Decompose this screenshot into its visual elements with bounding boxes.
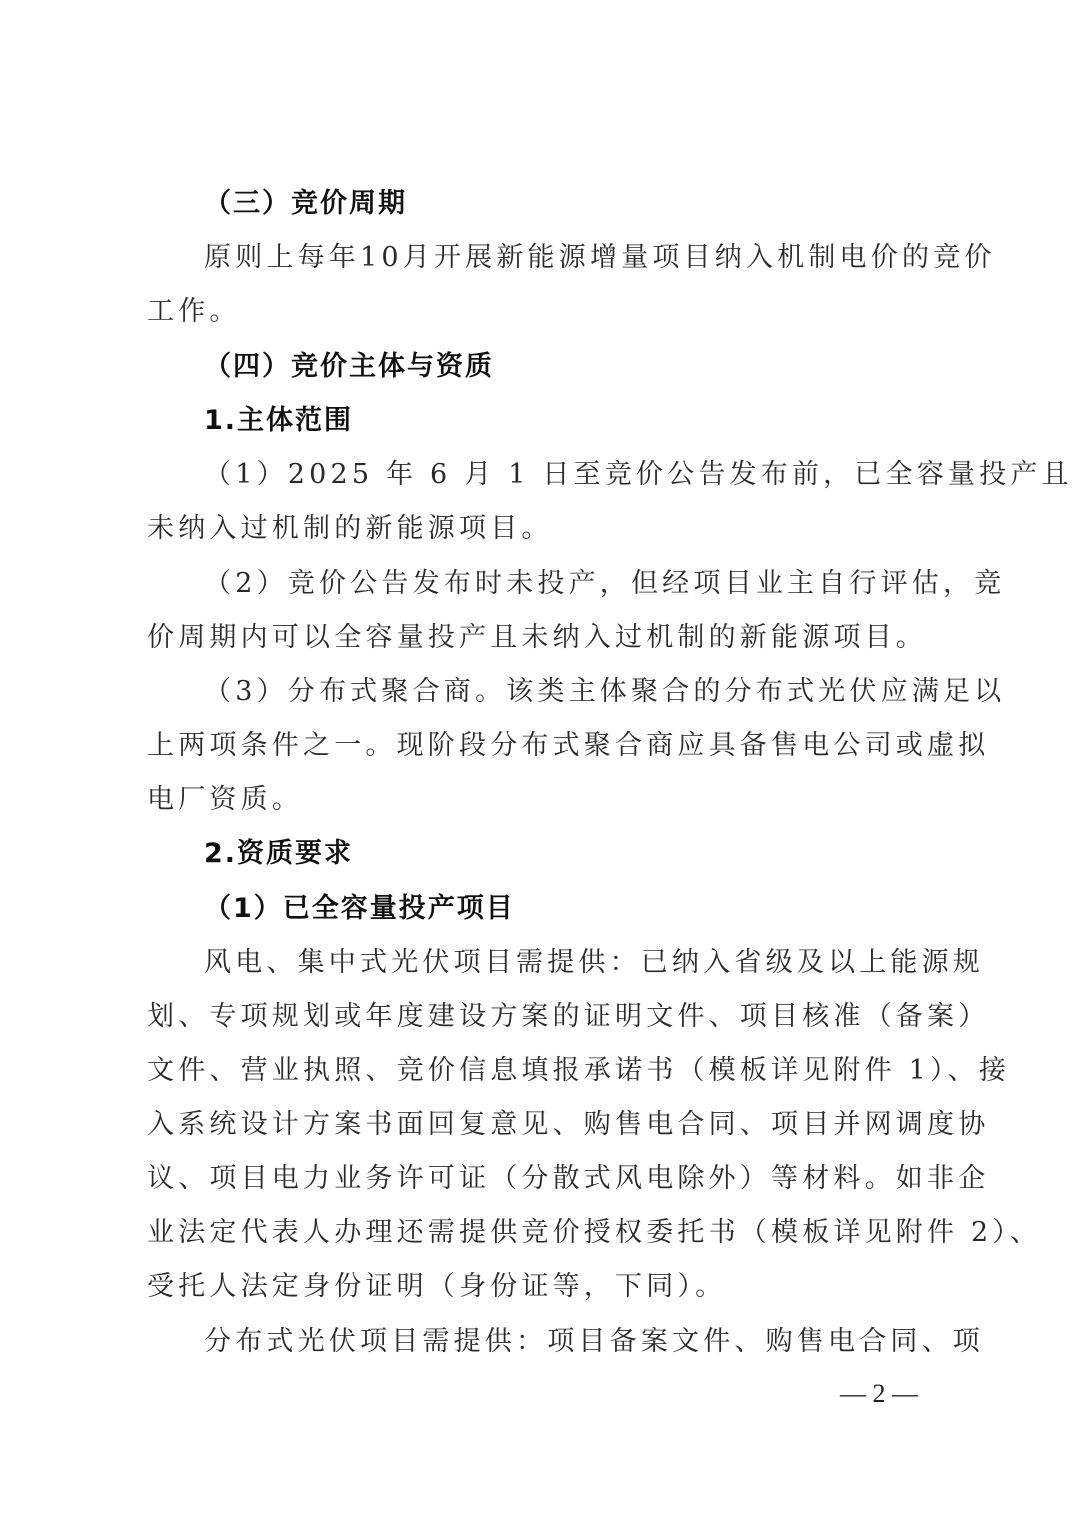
paragraph-line: 电厂资质。 bbox=[147, 782, 940, 818]
paragraph-line: 原则上每年10月开展新能源增量项目纳入机制电价的竞价 bbox=[204, 240, 940, 276]
subsection-heading-qualification: 2.资质要求 bbox=[204, 836, 940, 872]
paragraph-line: 受托人法定身份证明（身份证等，下同）。 bbox=[147, 1269, 940, 1305]
document-page: （三）竞价周期 原则上每年10月开展新能源增量项目纳入机制电价的竞价 工作。 （… bbox=[0, 0, 1080, 1527]
page-number: — 2 — bbox=[840, 1378, 918, 1410]
paragraph-line: 划、专项规划或年度建设方案的证明文件、项目核准（备案） bbox=[147, 999, 940, 1035]
paragraph-line: （1）2025 年 6 月 1 日至竞价公告发布前，已全容量投产且 bbox=[204, 457, 940, 493]
paragraph-line: 入系统设计方案书面回复意见、购售电合同、项目并网调度协 bbox=[147, 1107, 940, 1143]
section-heading-bidding-entities: （四）竞价主体与资质 bbox=[204, 349, 940, 385]
paragraph-line: 业法定代表人办理还需提供竞价授权委托书（模板详见附件 2）、 bbox=[147, 1215, 940, 1251]
paragraph-line: 文件、营业执照、竞价信息填报承诺书（模板详见附件 1）、接 bbox=[147, 1053, 940, 1089]
paragraph-line: （3）分布式聚合商。该类主体聚合的分布式光伏应满足以 bbox=[204, 674, 940, 710]
paragraph-line: （2）竞价公告发布时未投产，但经项目业主自行评估，竞 bbox=[204, 566, 940, 602]
section-heading-bidding-cycle: （三）竞价周期 bbox=[204, 186, 940, 222]
paragraph-line: 风电、集中式光伏项目需提供：已纳入省级及以上能源规 bbox=[204, 945, 940, 981]
paragraph-line: 工作。 bbox=[147, 294, 940, 330]
paragraph-line: 议、项目电力业务许可证（分散式风电除外）等材料。如非企 bbox=[147, 1161, 940, 1197]
paragraph-line: 上两项条件之一。现阶段分布式聚合商应具备售电公司或虚拟 bbox=[147, 728, 940, 764]
item-heading-fully-operational: （1）已全容量投产项目 bbox=[204, 891, 940, 927]
subsection-heading-entity-scope: 1.主体范围 bbox=[204, 403, 940, 439]
paragraph-line: 未纳入过机制的新能源项目。 bbox=[147, 511, 940, 547]
paragraph-line: 分布式光伏项目需提供：项目备案文件、购售电合同、项 bbox=[204, 1324, 940, 1360]
paragraph-line: 价周期内可以全容量投产且未纳入过机制的新能源项目。 bbox=[147, 620, 940, 656]
